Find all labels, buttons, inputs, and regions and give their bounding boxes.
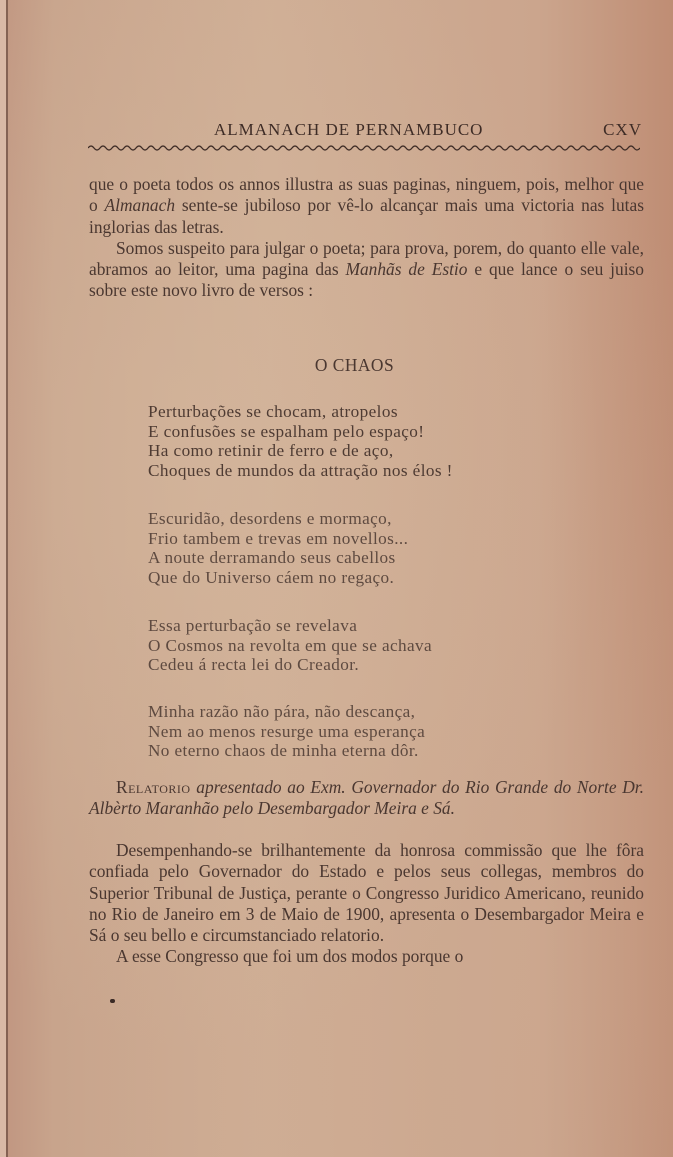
running-title: ALMANACH DE PERNAMBUCO — [214, 120, 483, 140]
poem-line: E confusões se espalham pelo espaço! — [148, 422, 453, 442]
poem-stanza-1: Perturbações se chocam, atropelos E conf… — [148, 402, 453, 480]
report-paragraph-1: Desempenhando-se brilhantemente da honro… — [89, 840, 644, 946]
poem-line: Escuridão, desordens e mormaço, — [148, 509, 408, 529]
ink-speck — [110, 999, 115, 1003]
book-title-italic: Manhãs de Estio — [345, 259, 467, 279]
poem-line: No eterno chaos de minha eterna dôr. — [148, 741, 425, 761]
poem-line: Perturbações se chocam, atropelos — [148, 402, 453, 422]
poem-stanza-3: Essa perturbação se revelava O Cosmos na… — [148, 616, 432, 675]
poem-line: A noute derramando seus cabellos — [148, 548, 408, 568]
poem-line: Cedeu á recta lei do Creador. — [148, 655, 432, 675]
poem-line: Choques de mundos da attração nos élos ! — [148, 461, 453, 481]
poem-line: Que do Universo cáem no regaço. — [148, 568, 408, 588]
poem-line: Minha razão não pára, não descança, — [148, 702, 425, 722]
poem-line: Essa perturbação se revelava — [148, 616, 432, 636]
report-heading: Relatorio apresentado ao Exm. Governador… — [89, 777, 644, 820]
book-page: ALMANACH DE PERNAMBUCO CXV que o poeta t… — [0, 0, 673, 1157]
poem-line: Nem ao menos resurge uma esperança — [148, 722, 425, 742]
poem-title: O CHAOS — [0, 355, 673, 376]
page-header: ALMANACH DE PERNAMBUCO CXV — [88, 118, 646, 142]
intro-text: que o poeta todos os annos illustra as s… — [89, 174, 644, 302]
intro-paragraph-1: que o poeta todos os annos illustra as s… — [89, 174, 644, 238]
report-heading-smallcaps: Relatorio — [116, 777, 191, 797]
poem-stanza-2: Escuridão, desordens e mormaço, Frio tam… — [148, 509, 408, 587]
almanach-italic: Almanach — [105, 195, 176, 215]
report-paragraph-2: A esse Congresso que foi um dos modos po… — [89, 946, 644, 967]
intro-paragraph-2: Somos suspeito para julgar o poeta; para… — [89, 238, 644, 302]
page-number: CXV — [603, 120, 642, 140]
wavy-rule-divider — [88, 143, 640, 153]
poem-line: Ha como retinir de ferro e de aço, — [148, 441, 453, 461]
poem-line: Frio tambem e trevas em novellos... — [148, 529, 408, 549]
report-body: Desempenhando-se brilhantemente da honro… — [89, 840, 644, 968]
poem-stanza-4: Minha razão não pára, não descança, Nem … — [148, 702, 425, 761]
poem-line: O Cosmos na revolta em que se achava — [148, 636, 432, 656]
